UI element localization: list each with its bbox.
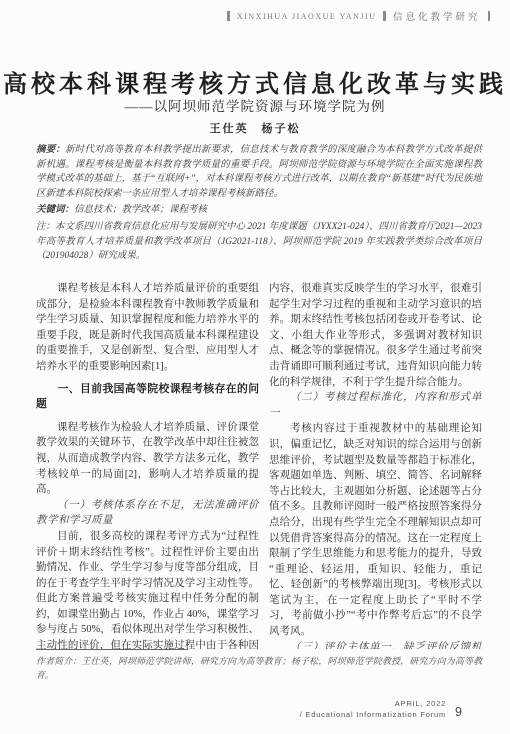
abstract-text: 新时代对高等教育本科教学提出新要求，信息技术与教育教学的深度融合为本科教学方式改… xyxy=(36,145,482,199)
subsection-heading: （二）考核过程标准化，内容和形式单一 xyxy=(269,390,482,421)
footer-journal-info: APRIL, 2022 / Educational Informatizatio… xyxy=(300,699,446,720)
masthead-section-title: 信息化教学研究 xyxy=(393,9,481,23)
paragraph: 考核内容过于重视教材中的基础理论知识，偏重记忆，缺乏对知识的综合运用与创新思维评… xyxy=(269,421,482,639)
footnote-divider xyxy=(36,649,188,650)
journal-page: XINXIHUA JIAOXUE YANJIU 信息化教学研究 高校本科课程考核… xyxy=(0,0,510,734)
right-column: 内容，很难真实反映学生的学习水平，很难引起学生对学习过程的重视和主动学习意识的培… xyxy=(269,281,482,649)
abstract-label: 摘要： xyxy=(36,145,65,155)
section-heading: 一、目前我国高等院校课程考核存在的问题 xyxy=(36,382,259,413)
article-authors: 王仕英 杨子松 xyxy=(0,120,510,136)
separator-bar-icon xyxy=(488,11,491,21)
page-number: 9 xyxy=(455,701,462,719)
article-subtitle: ——以阿坝师范学院资源与环境学院为例 xyxy=(0,95,510,115)
abstract: 摘要：新时代对高等教育本科教学提出新要求，信息技术与教育教学的深度融合为本科教学… xyxy=(36,143,482,201)
note-text: 本文系四川省教育信息化应用与发展研究中心 2021 年度课题（JYXX21-02… xyxy=(36,222,482,261)
subsection-heading: （一）考核体系存在不足，无法准确评价教学和学习质量 xyxy=(36,498,259,529)
journal-masthead: XINXIHUA JIAOXUE YANJIU 信息化教学研究 xyxy=(227,9,490,23)
article-title: 高校本科课程考核方式信息化改革与实践 xyxy=(0,64,510,99)
paragraph: 目前，很多高校的课程考评方式为“过程性评价＋期末终结性考核”。过程性评价主要由出… xyxy=(36,529,259,649)
masthead-pinyin: XINXIHUA JIAOXUE YANJIU xyxy=(237,12,377,21)
left-column: 课程考核是本科人才培养质量评价的重要组成部分，是检验本科课程教育中教师教学质量和… xyxy=(36,281,259,649)
keywords-label: 关键词： xyxy=(36,205,74,215)
paragraph: 课程考核是本科人才培养质量评价的重要组成部分，是检验本科课程教育中教师教学质量和… xyxy=(36,281,259,375)
author-bio-footnote: 作者简介：王仕英，阿坝师范学院讲师，研究方向为高等教育；杨子松，阿坝师范学院教授… xyxy=(36,655,482,682)
paragraph: 内容，很难真实反映学生的学习水平，很难引起学生对学习过程的重视和主动学习意识的培… xyxy=(269,281,482,390)
keywords: 关键词：信息技术；教学改革；课程考核 xyxy=(36,203,482,218)
separator-bar-icon xyxy=(227,11,230,21)
footer-date: APRIL, 2022 xyxy=(395,699,446,710)
paragraph: 课程考核作为检验人才培养质量、评价课堂教学效果的关键环节，在教学改革中却往往被忽… xyxy=(36,420,259,498)
separator-bar-icon xyxy=(383,11,386,21)
keywords-text: 信息技术；教学改革；课程考核 xyxy=(74,205,207,215)
note-label: 注： xyxy=(36,222,55,232)
page-footer: APRIL, 2022 / Educational Informatizatio… xyxy=(300,699,462,720)
funding-note: 注：本文系四川省教育信息化应用与发展研究中心 2021 年度课题（JYXX21-… xyxy=(36,220,482,264)
footer-journal-name: / Educational Informatization Forum xyxy=(300,710,446,721)
subsection-heading: （三）评价主体单一，缺乏评价反馈机制 xyxy=(269,640,482,649)
front-matter: 摘要：新时代对高等教育本科教学提出新要求，信息技术与教育教学的深度融合为本科教学… xyxy=(36,143,482,266)
